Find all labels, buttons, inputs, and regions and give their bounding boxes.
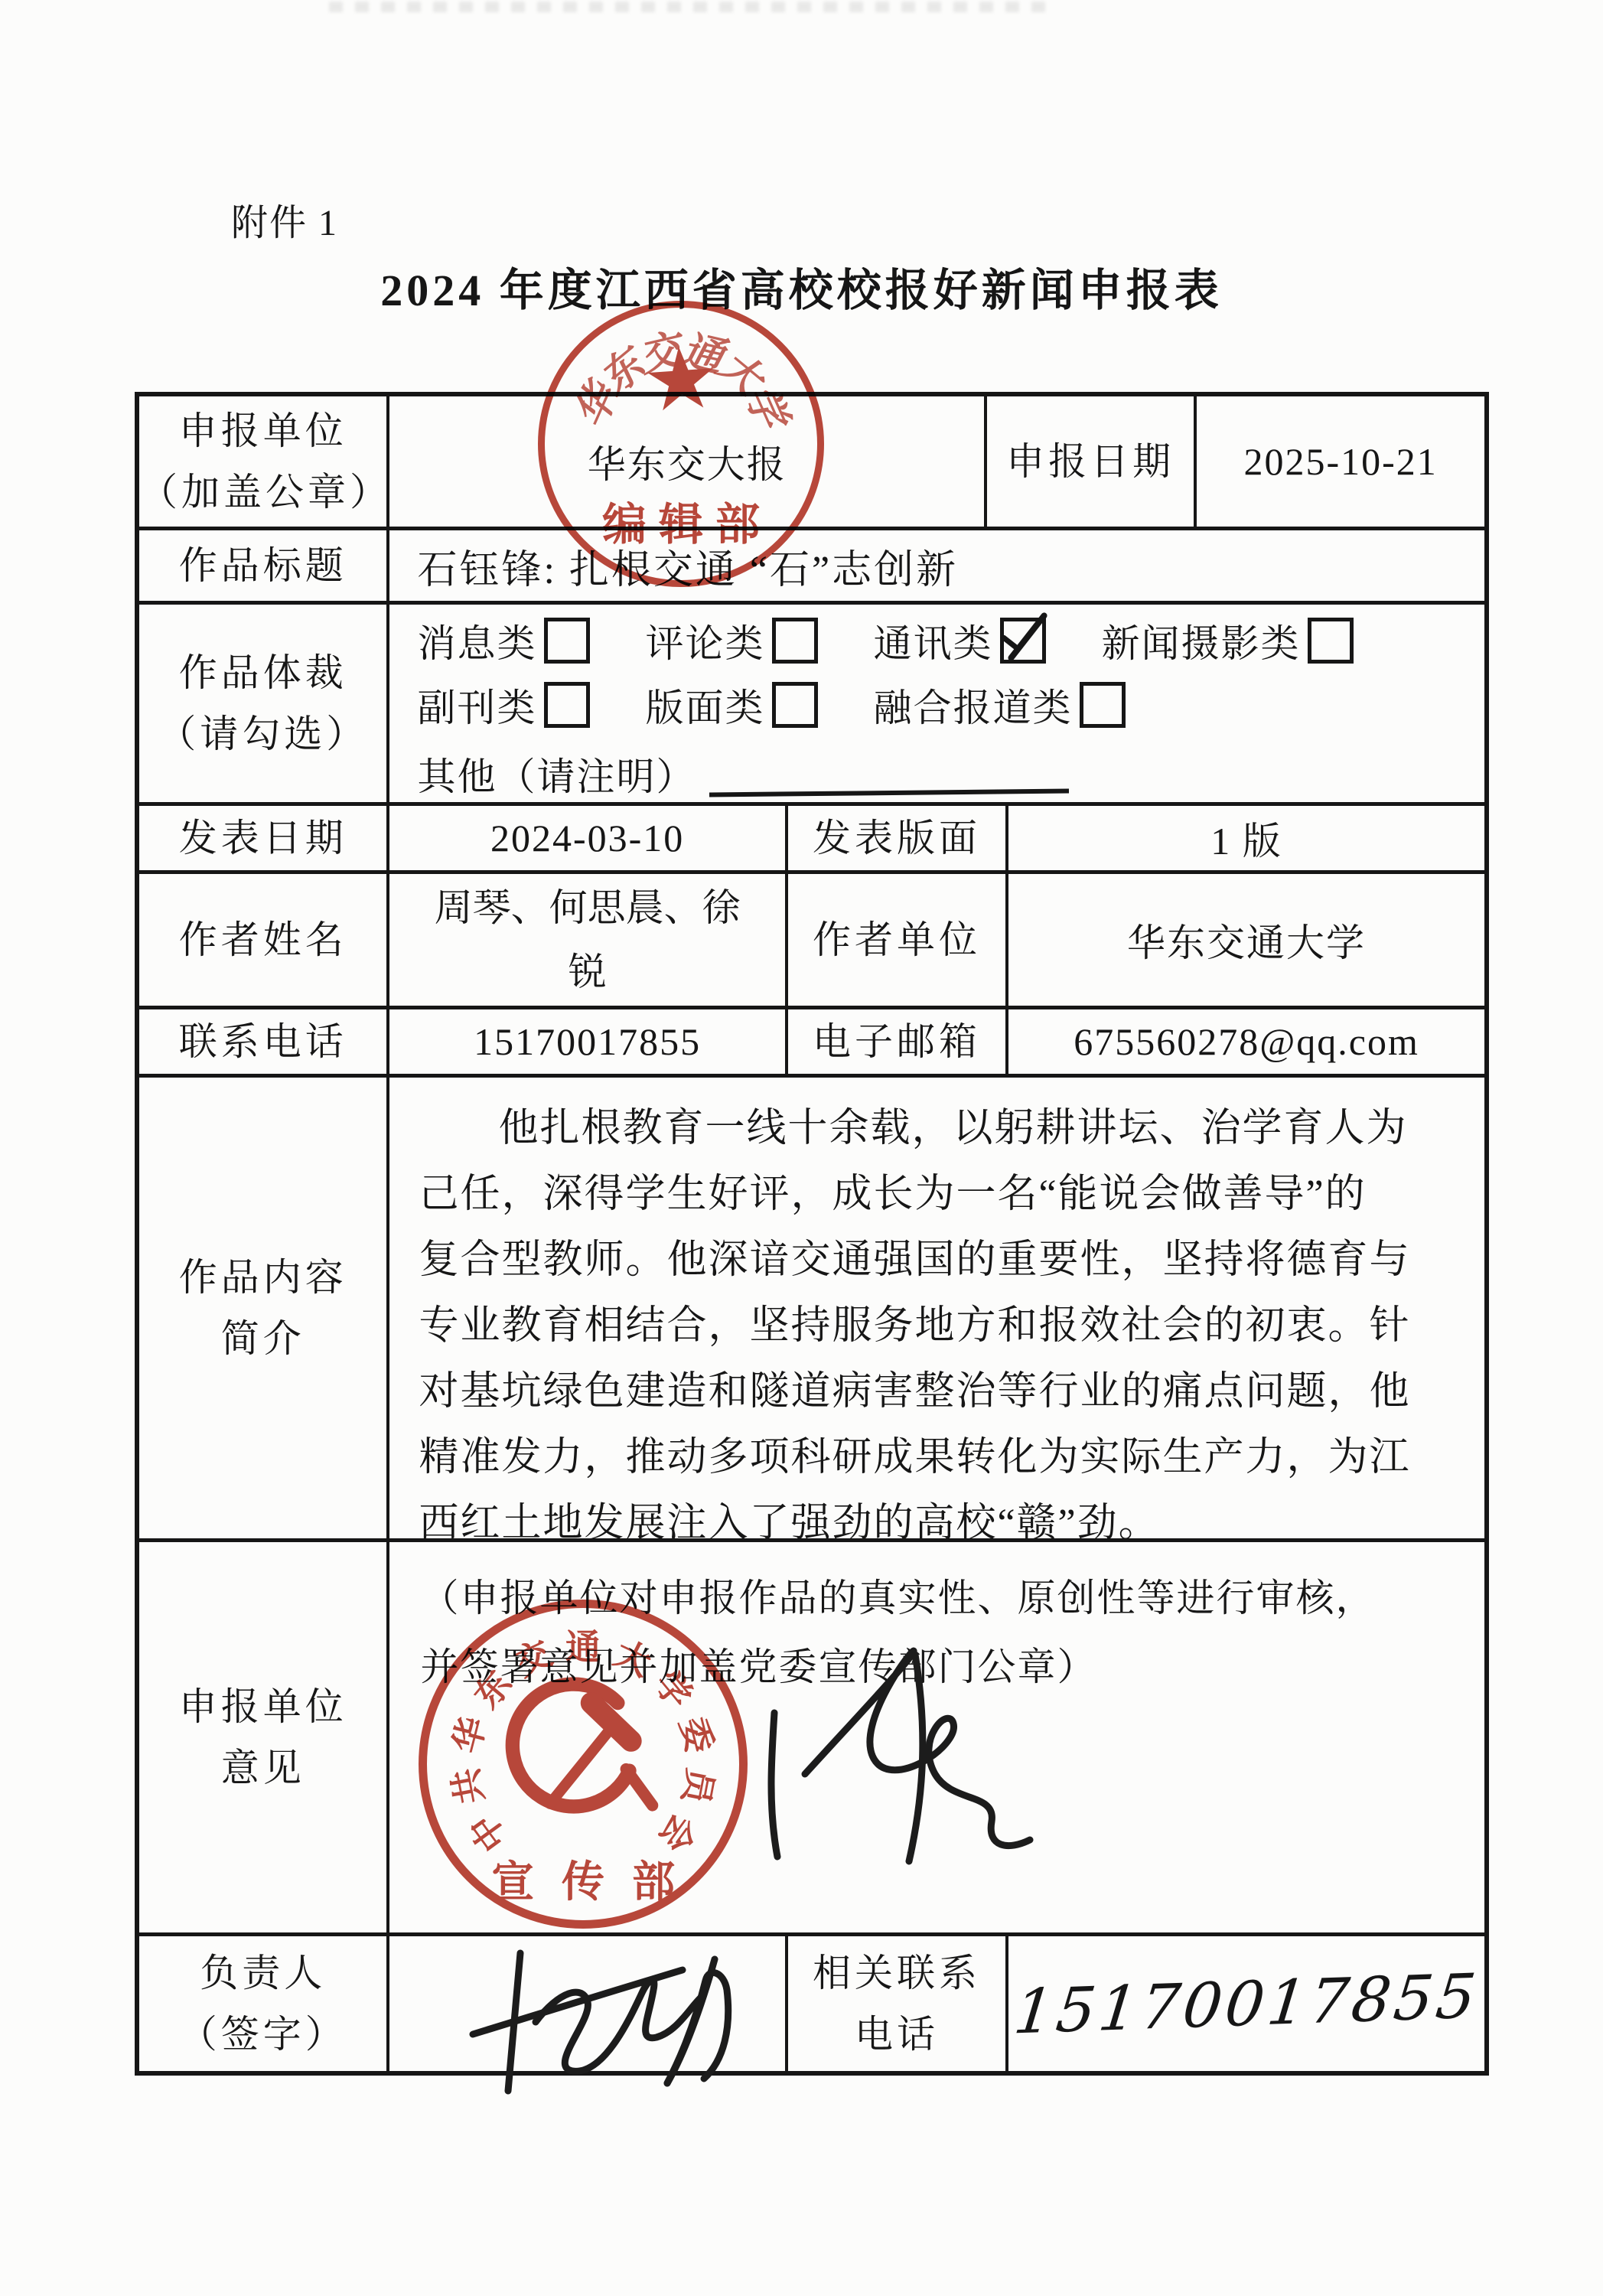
star-icon: ★ (640, 334, 722, 426)
genre-line-1: 消息类 评论类 通讯类 新闻摄影类 (417, 608, 1409, 673)
date-label: 申报日期 (1006, 431, 1175, 492)
genre-label-cell: 作品体裁 （请勾选） (139, 605, 386, 802)
phone-label: 联系电话 (179, 1011, 347, 1072)
checkbox-photography (1308, 618, 1354, 664)
publish-date-label-cell: 发表日期 (139, 806, 386, 870)
publish-date-value: 2024-03-10 (490, 816, 684, 860)
genre-item: 消息类 (417, 613, 590, 668)
genre-option-label: 新闻摄影类 (1101, 613, 1300, 668)
genre-item: 版面类 (645, 677, 818, 732)
related-phone-label: 相关联系 电话 (813, 1942, 981, 2065)
seal-dept-text: 宣传部 (464, 1848, 702, 1910)
genre-item: 副刊类 (417, 677, 590, 732)
date-value-cell: 2025-10-21 (1194, 396, 1484, 527)
summary-value-cell: 他扎根教育一线十余载，以躬耕讲坛、治学育人为 己任，深得学生好评，成长为一名“能… (386, 1078, 1484, 1538)
hammer-sickle-icon (500, 1675, 666, 1840)
author-name-value: 周琴、何思晨、徐锐 (419, 876, 756, 1004)
checkbox-layout (772, 682, 818, 728)
author-name-label: 作者姓名 (179, 909, 347, 970)
checkbox-supplement (544, 682, 590, 728)
publish-page-label: 发表版面 (813, 807, 981, 869)
checkbox-communication (1000, 618, 1046, 664)
table-row-authors: 作者姓名 周琴、何思晨、徐锐 作者单位 华东交通大学 (139, 870, 1484, 1006)
publish-date-label: 发表日期 (179, 807, 347, 869)
publish-page-value-cell: 1 版 (1005, 806, 1484, 870)
email-label-cell: 电子邮箱 (785, 1009, 1005, 1074)
author-name-value-cell: 周琴、何思晨、徐锐 (386, 874, 784, 1006)
handwritten-phone: 15170017855 (1011, 1960, 1482, 2047)
genre-item: 评论类 (645, 613, 818, 668)
work-title-label-cell: 作品标题 (139, 530, 386, 601)
opinion-label-cell: 申报单位 意见 (139, 1542, 386, 1932)
table-row-contact: 联系电话 15170017855 电子邮箱 675560278@qq.com (139, 1006, 1484, 1074)
fill-in-blank-line (709, 789, 1069, 797)
genre-option-label: 融合报道类 (873, 677, 1072, 732)
date-label-cell: 申报日期 (984, 396, 1194, 527)
table-row-publish: 发表日期 2024-03-10 发表版面 1 版 (139, 802, 1484, 870)
summary-label-cell: 作品内容 简介 (139, 1078, 386, 1538)
email-value-cell: 675560278@qq.com (1005, 1009, 1484, 1074)
opinion-label: 申报单位 意见 (179, 1676, 347, 1799)
email-label: 电子邮箱 (813, 1011, 981, 1072)
publish-page-value: 1 版 (1210, 810, 1282, 866)
work-title-label: 作品标题 (179, 535, 347, 596)
unit-label-cell: 申报单位 （加盖公章） (139, 396, 386, 527)
table-row-opinion: 申报单位 意见 （申报单位对申报作品的真实性、原创性等进行审核， 并签署意见并加… (139, 1538, 1484, 1932)
author-unit-value: 华东交通大学 (1127, 912, 1366, 967)
genre-label: 作品体裁 （请勾选） (158, 642, 368, 765)
author-unit-label-cell: 作者单位 (785, 874, 1005, 1006)
checkbox-news (544, 618, 590, 664)
related-phone-label-cell: 相关联系 电话 (785, 1936, 1005, 2071)
genre-options-cell: 消息类 评论类 通讯类 新闻摄影类 (386, 605, 1484, 802)
checkbox-commentary (772, 618, 818, 664)
attachment-label: 附件 1 (231, 193, 338, 246)
genre-item: 通讯类 (873, 613, 1046, 668)
scan-artifact (329, 2, 1048, 12)
genre-item: 融合报道类 (873, 677, 1126, 732)
phone-value: 15170017855 (474, 1019, 701, 1064)
publish-page-label-cell: 发表版面 (785, 806, 1005, 870)
summary-label: 作品内容 简介 (179, 1247, 347, 1369)
genre-other-label: 其他（请注明） (417, 746, 696, 801)
publish-date-value-cell: 2024-03-10 (386, 806, 784, 870)
responsible-label-cell: 负责人 （签字） (139, 1936, 386, 2071)
table-row-signature: 负责人 （签字） 相关联系 电话 15170017855 (139, 1932, 1484, 2071)
checkbox-converged (1080, 682, 1126, 728)
summary-text: 他扎根教育一线十余载，以躬耕讲坛、治学育人为 己任，深得学生好评，成长为一名“能… (389, 1078, 1484, 1557)
application-form-table: 申报单位 （加盖公章） 华东交大报 申报日期 2025-10-21 作品标题 石… (135, 392, 1489, 2076)
responsible-label: 负责人 （签字） (179, 1942, 347, 2065)
genre-option-label: 通讯类 (873, 613, 992, 668)
genre-item: 新闻摄影类 (1101, 613, 1354, 668)
editorial-office-seal: 华东交通大学 ★ 编辑部 (538, 301, 824, 587)
genre-options: 消息类 评论类 通讯类 新闻摄影类 (389, 599, 1484, 807)
genre-option-label: 版面类 (645, 677, 764, 732)
table-row-genre: 作品体裁 （请勾选） 消息类 评论类 通讯类 (139, 601, 1484, 802)
table-row-summary: 作品内容 简介 他扎根教育一线十余载，以躬耕讲坛、治学育人为 己任，深得学生好评… (139, 1074, 1484, 1538)
scanned-form-page: 附件 1 2024 年度江西省高校校报好新闻申报表 申报单位 （加盖公章） 华东… (0, 0, 1603, 2296)
genre-option-label: 评论类 (645, 613, 764, 668)
genre-option-label: 副刊类 (417, 677, 536, 732)
party-propaganda-seal: 中共华东交通大学委员会 宣传部 (419, 1600, 748, 1929)
genre-line-2: 副刊类 版面类 融合报道类 (417, 673, 1181, 737)
responsible-signature-cell (386, 1936, 784, 2071)
genre-other-line: 其他（请注明） (417, 737, 1069, 801)
seal-dept-text: 编辑部 (590, 488, 772, 553)
email-value: 675560278@qq.com (1074, 1019, 1419, 1064)
author-name-label-cell: 作者姓名 (139, 874, 386, 1006)
date-value: 2025-10-21 (1243, 439, 1437, 484)
related-phone-value-cell: 15170017855 (1005, 1936, 1484, 2071)
author-unit-label: 作者单位 (813, 909, 981, 970)
genre-option-label: 消息类 (417, 613, 536, 668)
author-unit-value-cell: 华东交通大学 (1005, 874, 1484, 1006)
unit-label: 申报单位 （加盖公章） (139, 400, 386, 523)
phone-label-cell: 联系电话 (139, 1009, 386, 1074)
phone-value-cell: 15170017855 (386, 1009, 784, 1074)
